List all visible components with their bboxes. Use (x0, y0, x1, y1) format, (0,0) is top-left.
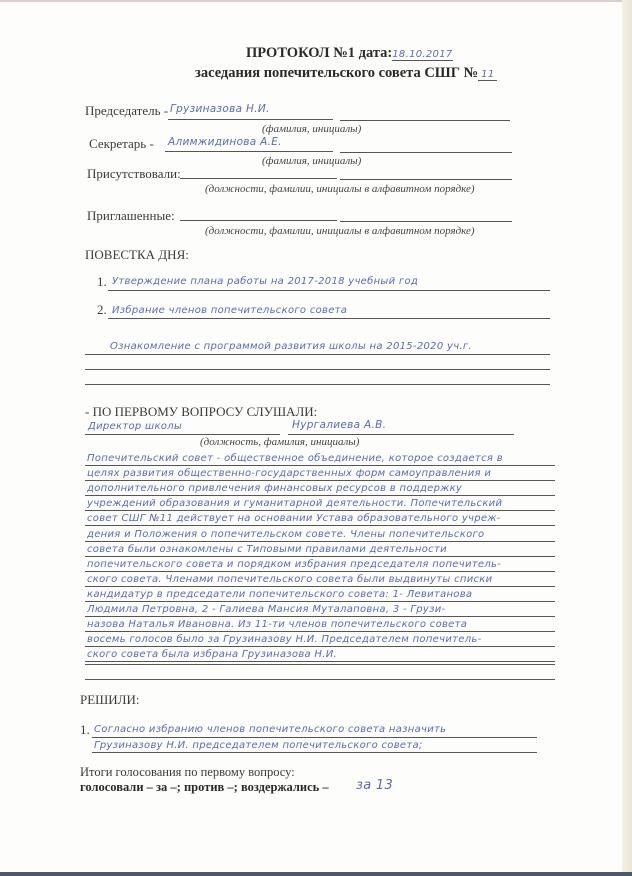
agenda-line-3 (85, 354, 550, 355)
minutes-line: попечительского совета и порядком избран… (85, 557, 555, 572)
minutes-line: совета были ознакомлены с Типовыми прави… (85, 542, 555, 557)
protocol-date: 18.10.2017 (392, 49, 452, 61)
minutes-line: ского совета была избрана Грузиназова Н.… (85, 647, 555, 662)
agenda-item-1-number: 1. (97, 274, 107, 290)
chairman-line (168, 119, 333, 120)
minutes-line-text: целях развития общественно-государственн… (87, 468, 491, 479)
protocol-label: ПРОТОКОЛ №1 дата: (246, 45, 392, 61)
secretary-hint: (фамилия, инициалы) (262, 155, 361, 167)
decision-item-1-line-2: Грузиназову Н.И. председателем попечител… (94, 740, 423, 751)
minutes-line-text: дения и Положения о попечительском совет… (87, 529, 484, 540)
protocol-page: ПРОТОКОЛ №1 дата:18.10.2017 заседания по… (0, 0, 632, 876)
minutes-line-text: кандидатур в председатели попечительског… (87, 589, 472, 600)
secretary-label: Секретарь - (89, 136, 154, 152)
meeting-title: заседания попечительского совета СШГ №11 (195, 65, 497, 82)
chairman-hint: (фамилия, инициалы) (262, 123, 361, 135)
invited-hint: (должности, фамилии, инициалы в алфавитн… (205, 225, 475, 237)
present-label: Присутствовали: (87, 166, 181, 182)
scan-right-edge (622, 0, 632, 876)
decision-line-2 (92, 752, 537, 753)
agenda-item-1-text: Утверждение плана работы на 2017-2018 уч… (112, 276, 418, 287)
minutes-line-text: Людмила Петровна, 2 - Галиева Мансия Мут… (87, 604, 445, 615)
decision-line-1 (92, 737, 537, 738)
minutes-line-text: восемь голосов было за Грузиназову Н.И. … (87, 634, 482, 645)
chairman-line-2 (340, 120, 510, 121)
scan-top-edge (0, 0, 632, 2)
minutes-line-text: учреждений образования и гуманитарной де… (87, 498, 502, 509)
agenda-line-1 (108, 290, 550, 291)
decision-item-1-number: 1. (80, 722, 90, 738)
decision-heading: РЕШИЛИ: (80, 692, 140, 708)
minutes-line: назова Наталья Ивановна. Из 11-ти членов… (85, 617, 555, 632)
minutes-line-text: Попечительский совет - общественное объе… (87, 453, 503, 464)
agenda-line-5 (85, 384, 550, 385)
school-number: 11 (478, 69, 497, 81)
minutes-line: кандидатур в председатели попечительског… (85, 587, 555, 602)
speaker-position-line (85, 434, 280, 435)
minutes-line-text: совет СШГ №11 действует на основании Уст… (87, 513, 501, 524)
agenda-item-2-number: 2. (97, 302, 107, 318)
speaker-name-line (288, 434, 514, 435)
minutes-line-text: попечительского совета и порядком избран… (87, 559, 501, 570)
minutes-line: совет СШГ №11 действует на основании Уст… (85, 511, 555, 526)
first-question-heading: - ПО ПЕРВОМУ ВОПРОСУ СЛУШАЛИ: (85, 404, 317, 420)
invited-label: Приглашенные: (87, 208, 175, 224)
minutes-line: учреждений образования и гуманитарной де… (85, 496, 555, 511)
minutes-line: дения и Положения о попечительском совет… (85, 527, 555, 542)
invited-line (180, 220, 337, 221)
minutes-line-text: совета были ознакомлены с Типовыми прави… (87, 544, 447, 555)
voting-result-label: голосовали – за –; против –; воздержалис… (80, 780, 329, 795)
secretary-value: Алимжидинова А.Е. (168, 136, 282, 148)
speaker-hint: (должность, фамилия, инициалы) (200, 436, 359, 448)
meeting-label: заседания попечительского совета СШГ № (195, 65, 478, 81)
minutes-line-text: дополнительного привлечения финансовых р… (87, 483, 462, 494)
minutes-blank-line-2 (85, 679, 555, 680)
agenda-item-3-text: Ознакомление с программой развития школы… (110, 341, 472, 352)
minutes-line-text: ского совета была избрана Грузиназова Н.… (87, 649, 337, 660)
voting-heading: Итоги голосования по первому вопросу: (80, 765, 295, 780)
minutes-line: Людмила Петровна, 2 - Галиева Мансия Мут… (85, 602, 555, 617)
present-line (180, 178, 337, 179)
present-line-2 (340, 179, 512, 180)
agenda-heading: ПОВЕСТКА ДНЯ: (85, 247, 189, 263)
secretary-line (165, 151, 333, 152)
voting-handwritten-result: за 13 (356, 778, 393, 793)
minutes-line: целях развития общественно-государственн… (85, 466, 555, 481)
protocol-title: ПРОТОКОЛ №1 дата:18.10.2017 (246, 45, 453, 62)
decision-item-1-line-1: Согласно избранию членов попечительского… (94, 724, 446, 735)
minutes-line: ского совета. Членами попечительского со… (85, 572, 555, 587)
chairman-value: Грузиназова Н.И. (170, 103, 270, 115)
present-hint: (должности, фамилии, инициалы в алфавитн… (205, 183, 475, 195)
chairman-label: Председатель - (85, 103, 168, 119)
minutes-line: Попечительский совет - общественное объе… (85, 451, 555, 466)
agenda-line-2 (108, 318, 550, 319)
speaker-name: Нургалиева А.В. (292, 419, 386, 431)
minutes-line-text: ского совета. Членами попечительского со… (87, 574, 492, 585)
agenda-item-2-text: Избрание членов попечительского совета (112, 305, 347, 316)
minutes-line: восемь голосов было за Грузиназову Н.И. … (85, 632, 555, 647)
speaker-position: Директор школы (88, 421, 182, 432)
secretary-line-2 (340, 152, 512, 153)
invited-line-2 (340, 221, 512, 222)
minutes-line-text: назова Наталья Ивановна. Из 11-ти членов… (87, 619, 467, 630)
minutes-line: дополнительного привлечения финансовых р… (85, 481, 555, 496)
scan-bottom-edge (0, 872, 632, 876)
agenda-line-4 (85, 369, 550, 370)
minutes-blank-line-1 (85, 664, 555, 665)
